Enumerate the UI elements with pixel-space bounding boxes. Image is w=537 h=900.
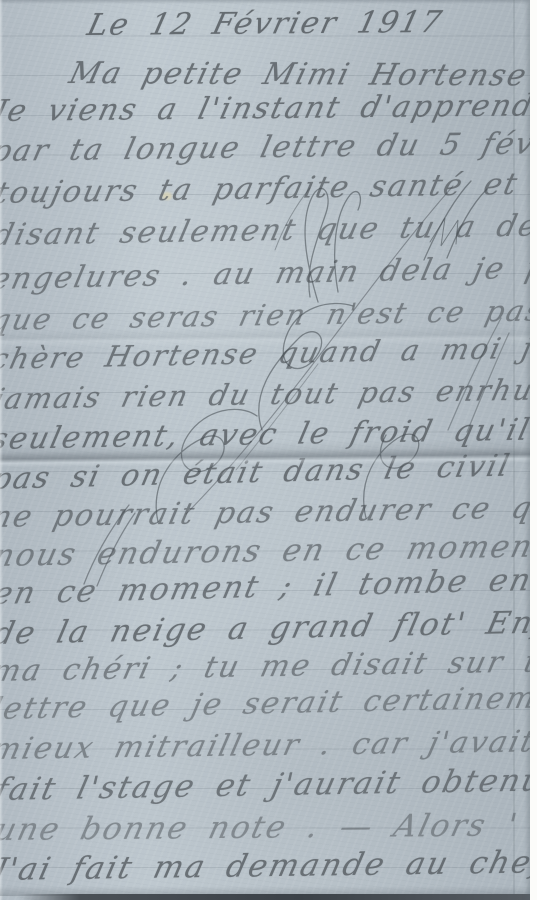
scan-edge-left xyxy=(0,0,3,900)
vertical-fold-line xyxy=(513,0,515,900)
letter-line-19: une bonne note . — Alors ' xyxy=(0,807,522,848)
letter-line-20: J'ai fait ma demande au chef — xyxy=(0,844,537,888)
scan-edge-top xyxy=(0,0,530,4)
date-line: Le 12 Février 1917 xyxy=(84,5,447,43)
salutation-line: Ma petite Mimi Hortense — xyxy=(66,56,537,94)
fold-crease-main xyxy=(0,439,537,474)
scan-edge-right xyxy=(530,0,537,900)
letter-line-1: Je viens a l'instant d'apprendre xyxy=(0,88,537,129)
scan-edge-bottom xyxy=(18,894,530,900)
letter-page: Le 12 Février 1917Ma petite Mimi Hortens… xyxy=(0,0,537,900)
